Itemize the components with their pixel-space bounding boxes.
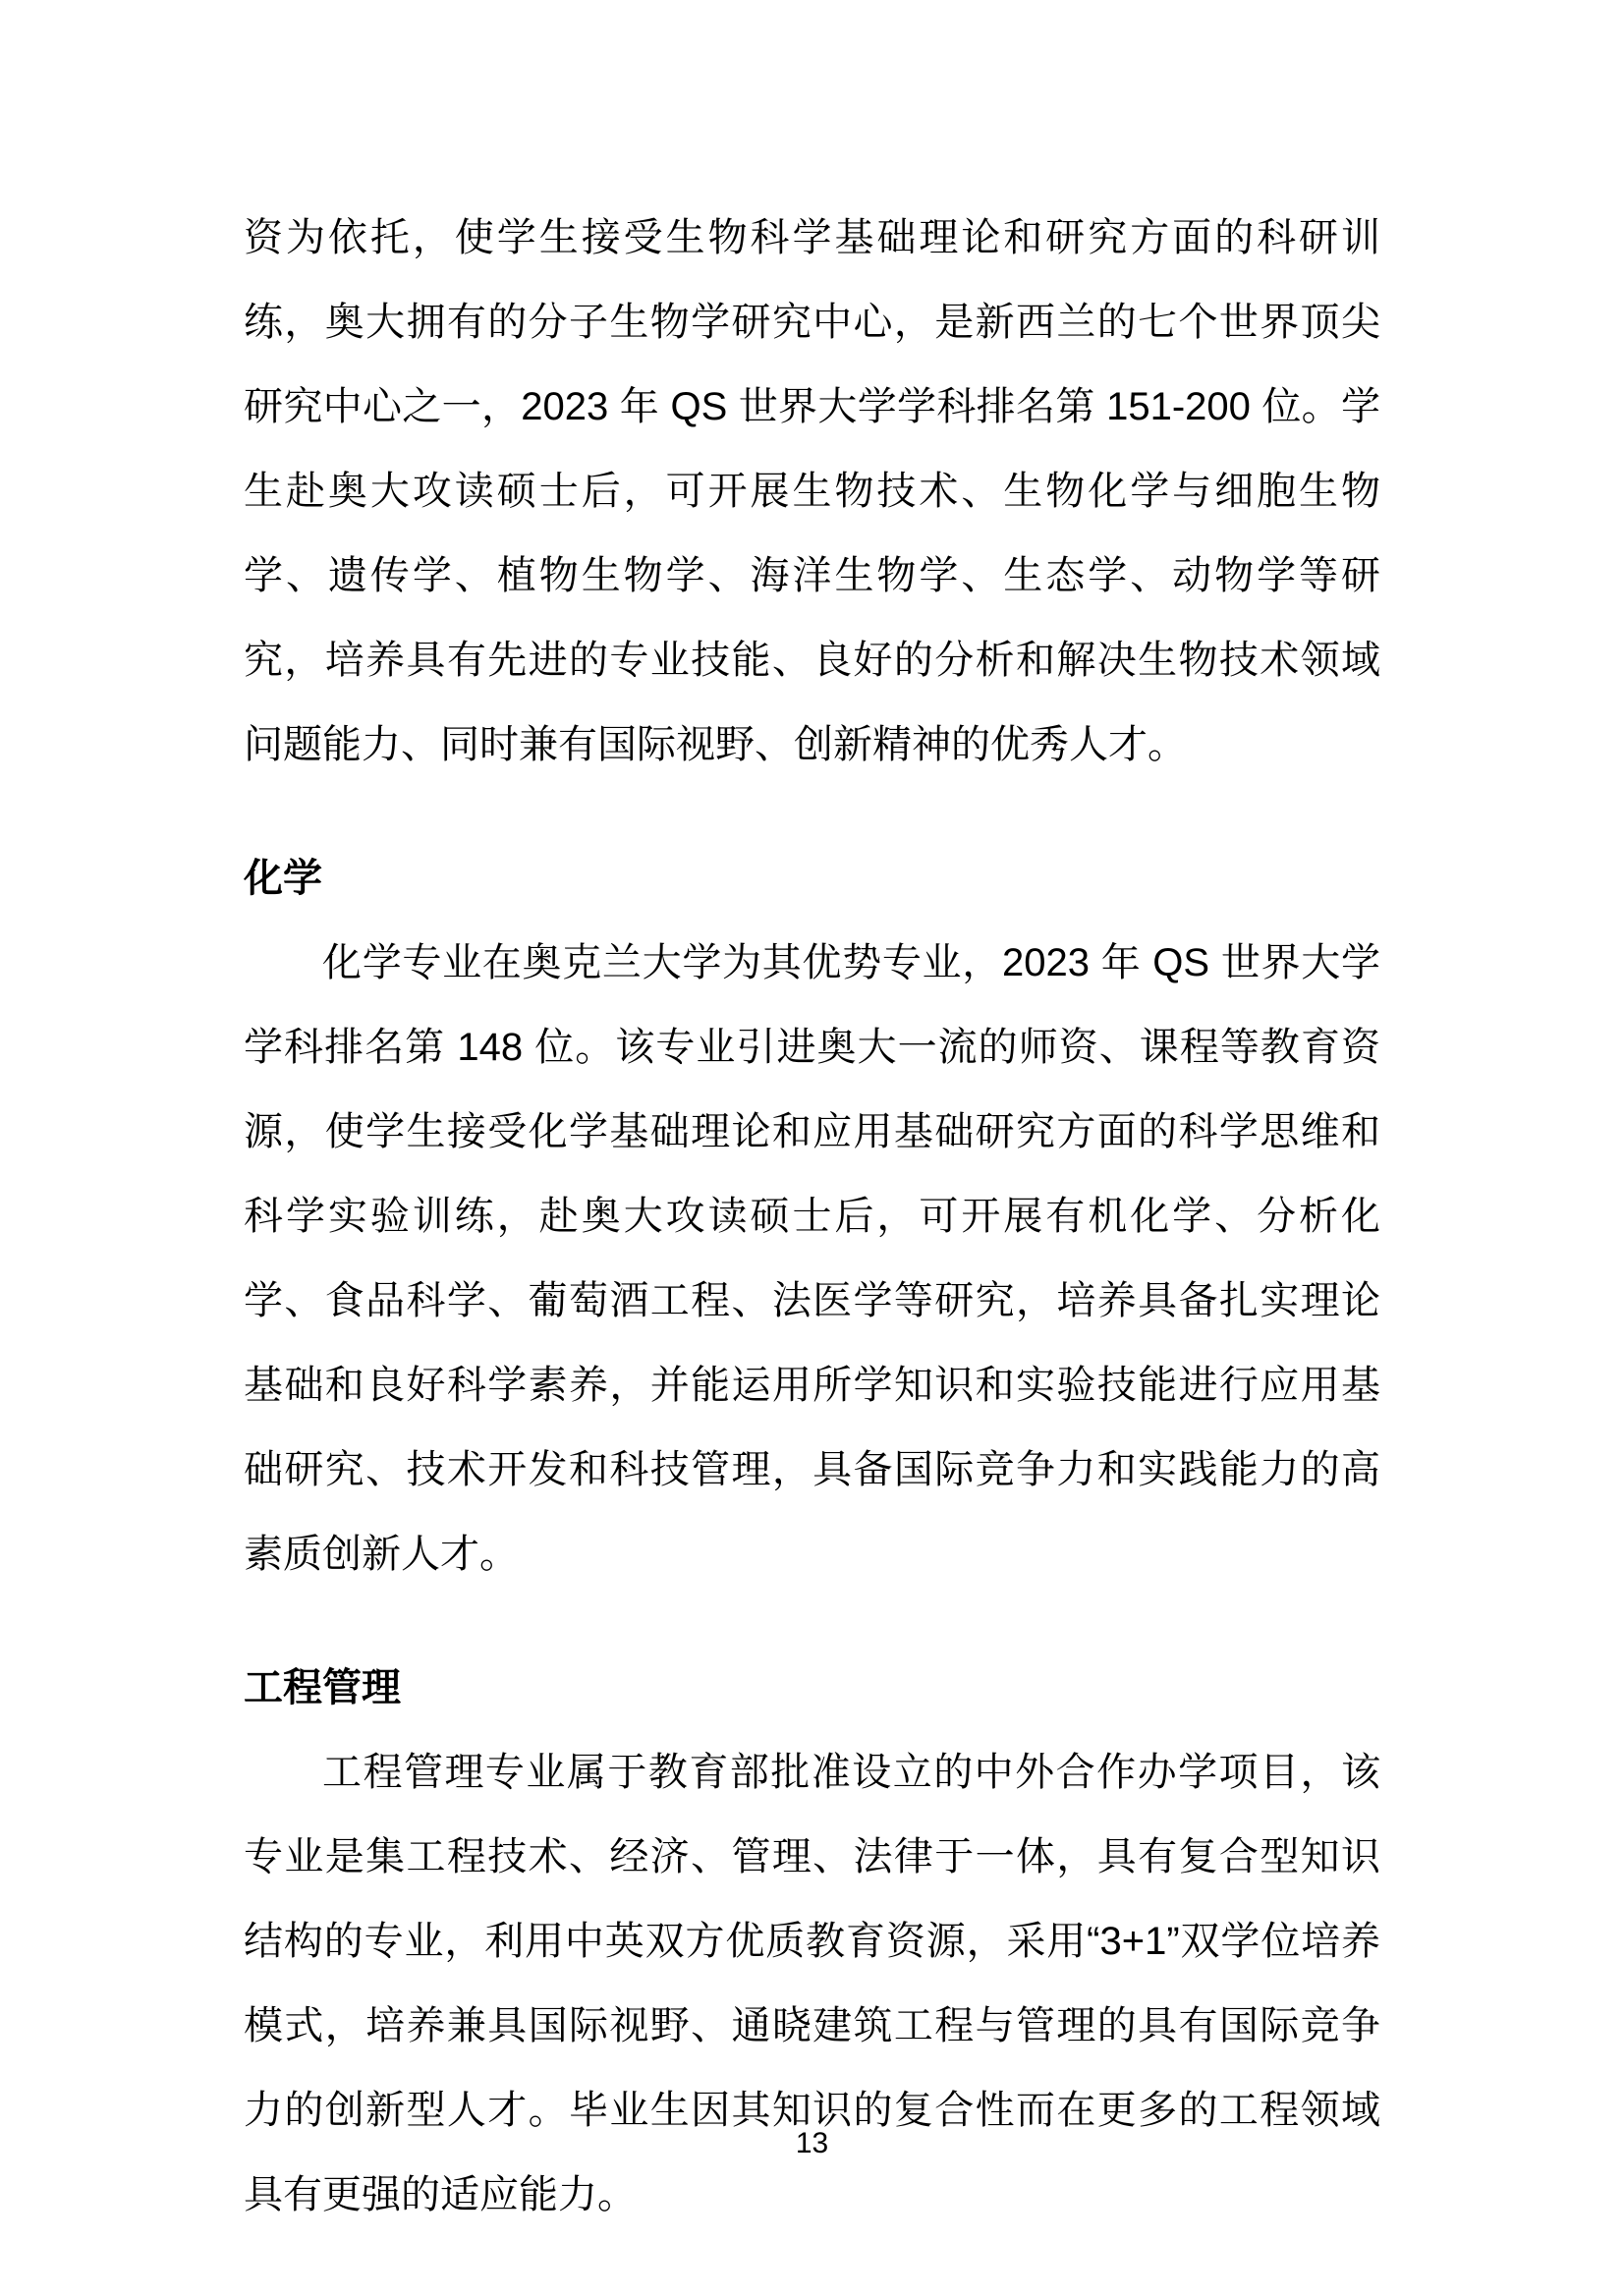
document-page: 资为依托，使学生接受生物科学基础理论和研究方面的科研训练，奥大拥有的分子生物学研…	[0, 0, 1624, 2296]
page-number: 13	[0, 2124, 1624, 2163]
section-chemistry: 化学 化学专业在奥克兰大学为其优势专业，2023 年 QS 世界大学学科排名第 …	[244, 836, 1380, 1596]
section-biology-continued: 资为依托，使学生接受生物科学基础理论和研究方面的科研训练，奥大拥有的分子生物学研…	[244, 196, 1380, 787]
page-content: 资为依托，使学生接受生物科学基础理论和研究方面的科研训练，奥大拥有的分子生物学研…	[244, 196, 1380, 2237]
paragraph-biology-continued: 资为依托，使学生接受生物科学基础理论和研究方面的科研训练，奥大拥有的分子生物学研…	[244, 196, 1380, 787]
heading-engineering-management: 工程管理	[244, 1646, 1380, 1730]
paragraph-chemistry: 化学专业在奥克兰大学为其优势专业，2023 年 QS 世界大学学科排名第 148…	[244, 921, 1380, 1596]
heading-chemistry: 化学	[244, 836, 1380, 921]
